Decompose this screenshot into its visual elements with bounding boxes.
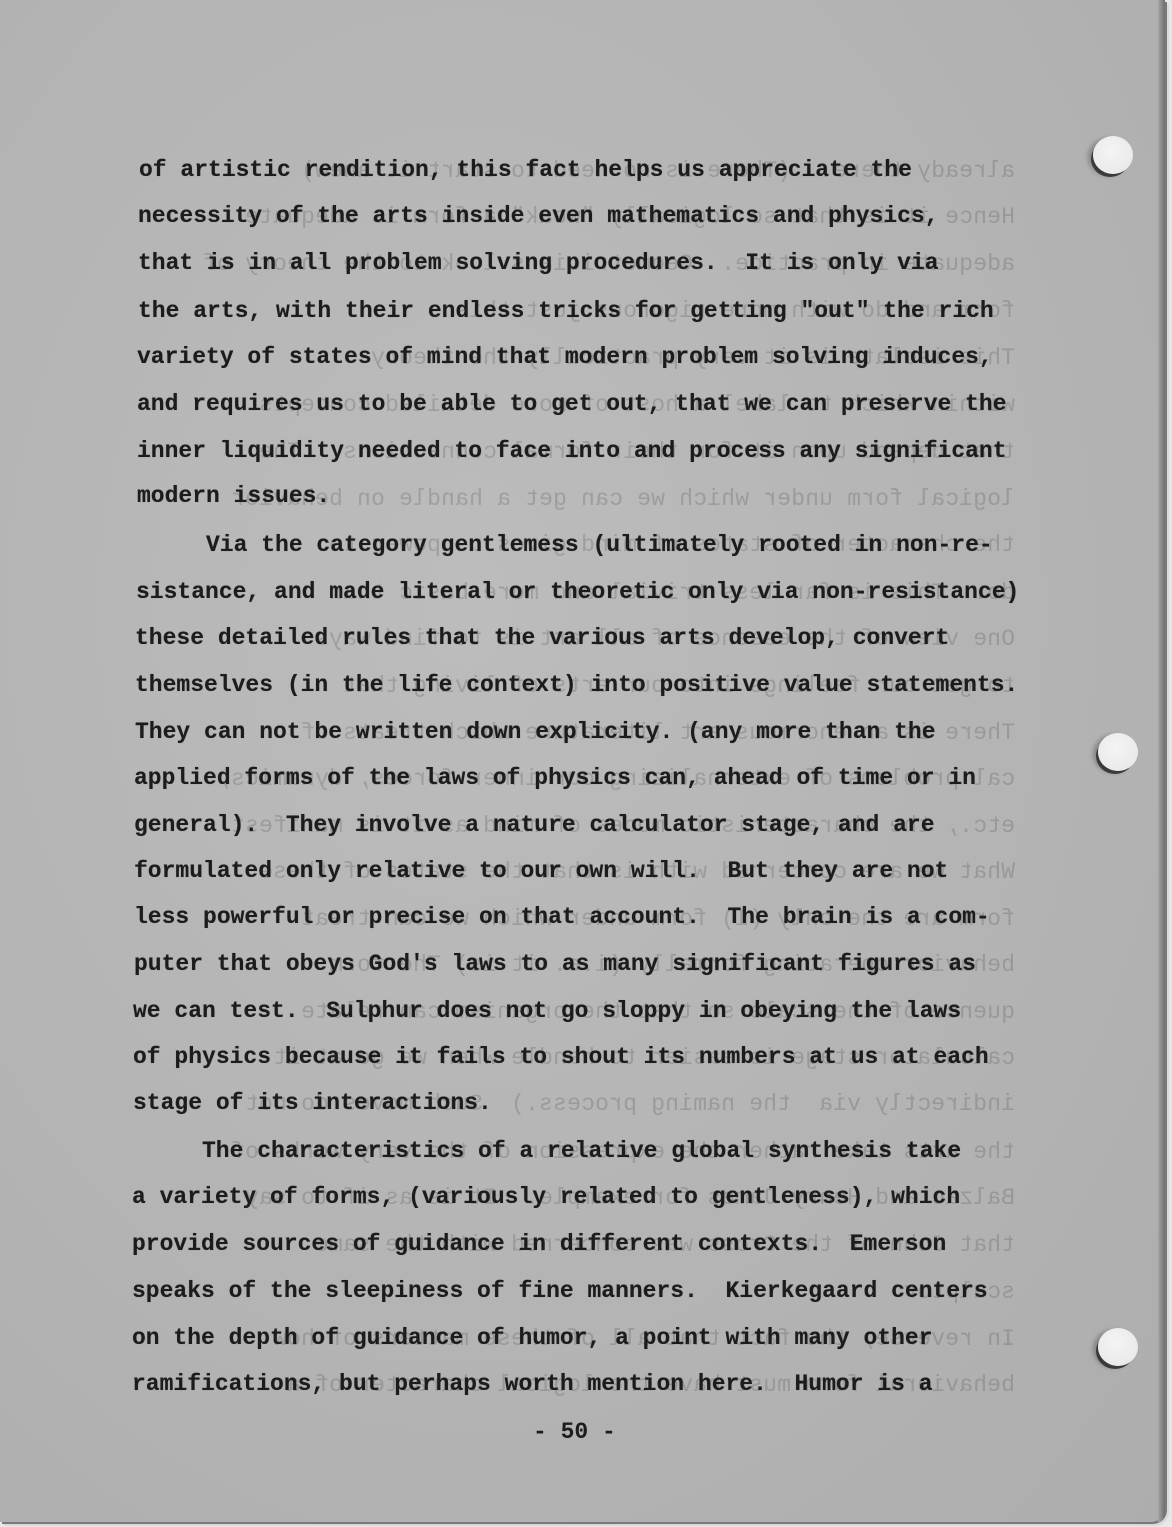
- scan-background-right: [1165, 0, 1172, 1527]
- text-line: speaks of the sleepiness of fine manners…: [132, 1277, 988, 1305]
- text-line: inner liquidity needed to face into and …: [137, 437, 1007, 465]
- text-line: formulated only relative to our own will…: [134, 857, 948, 885]
- text-line: puter that obeys God's laws to as many s…: [134, 950, 976, 978]
- text-line: ramifications, but perhaps worth mention…: [132, 1370, 933, 1398]
- bleed-through-line: logical form under which we can get a ha…: [231, 486, 1015, 512]
- text-line: on the depth of guidance of humor, a poi…: [132, 1324, 933, 1352]
- typewritten-page: already there. (There is no need to star…: [0, 0, 1165, 1522]
- text-line: and requires us to be able to get out, t…: [137, 390, 1007, 418]
- punch-hole-icon: [1098, 1328, 1138, 1366]
- punch-hole-icon: [1098, 733, 1138, 771]
- text-line: of physics because it fails to shout its…: [133, 1043, 989, 1071]
- punch-hole-icon: [1093, 136, 1133, 174]
- text-line: general). They involve a nature calculat…: [134, 811, 935, 839]
- page-number: - 50 -: [533, 1418, 616, 1446]
- text-line: that is in all problem solving procedure…: [138, 249, 939, 277]
- text-line: sistance, and made literal or theoretic …: [136, 578, 1019, 606]
- text-line: these detailed rules that the various ar…: [135, 624, 949, 652]
- page-right-edge-shadow: [1158, 0, 1165, 1522]
- scan-background-bottom: [0, 1522, 1172, 1527]
- text-line: themselves (in the life context) into po…: [135, 671, 1018, 699]
- text-line: we can test. Sulphur does not go sloppy …: [133, 997, 961, 1025]
- text-line: variety of states of mind that modern pr…: [137, 343, 993, 371]
- text-line: applied forms of the laws of physics can…: [134, 764, 976, 792]
- text-line: modern issues.: [137, 482, 330, 510]
- text-line: They can not be written down explicity. …: [135, 718, 936, 746]
- text-line: provide sources of guidance in different…: [132, 1230, 946, 1258]
- text-line: less powerful or precise on that account…: [134, 903, 990, 931]
- text-line: stage of its interactions.: [133, 1089, 492, 1117]
- text-line: Via the category gentlemess (ultimately …: [206, 531, 993, 559]
- text-line: necessity of the arts inside even mathem…: [138, 202, 939, 230]
- text-line: of artistic rendition, this fact helps u…: [139, 156, 912, 184]
- text-line: the arts, with their endless tricks for …: [138, 297, 994, 325]
- text-line: The characteristics of a relative global…: [202, 1137, 961, 1165]
- text-line: a variety of forms, (variously related t…: [132, 1183, 960, 1211]
